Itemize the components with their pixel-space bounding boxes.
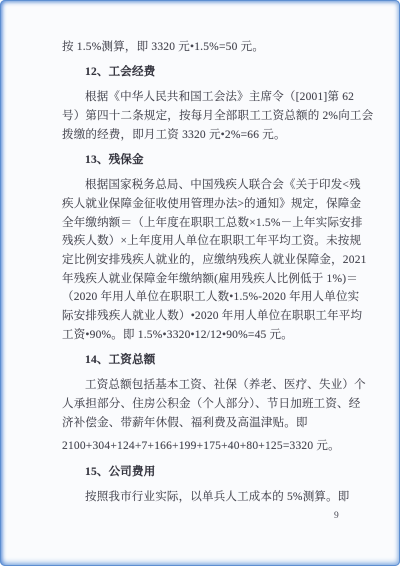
text-line: 人承担部分、住房公积金（个人部分）、节日加班工资、经 [62, 395, 360, 414]
section-heading: 14、工资总额 [62, 351, 360, 370]
text-line: 残疾人数）×上年度用人单位在职职工年平均工资。未按规 [62, 232, 360, 251]
scanned-document-page: 按 1.5%测算，即 3320 元•1.5%=50 元。12、工会经费根据《中华… [0, 0, 400, 566]
text-line: 定比例安排残疾人就业的，应缴纳残疾人就业保障金，2021 [62, 251, 360, 270]
section-heading: 15、公司费用 [62, 463, 360, 482]
text-line: 疾人就业保障金征收使用管理办法>的通知》规定，保障金 [62, 195, 360, 214]
text-line: 工资总额包括基本工资、社保（养老、医疗、失业）个 [62, 376, 360, 395]
text-line: 全年缴纳额＝（上年度在职职工总数×1.5%－上年实际安排 [62, 214, 360, 233]
section-heading: 13、残保金 [62, 151, 360, 170]
text-line: 际安排残疾人就业人数）•2020 年用人单位在职职工年平均 [62, 307, 360, 326]
text-line: 2100+304+124+7+166+199+175+40+80+125=332… [62, 437, 360, 456]
text-line: 根据《中华人民共和国工会法》主席令（[2001]第 62 [62, 88, 360, 107]
text-line: 号）第四十二条规定，按每月全部职工工资总额的 2%向工会 [62, 107, 360, 126]
text-line: 济补偿金、带薪年休假、福利费及高温津贴。即 [62, 414, 360, 433]
text-line: 按 1.5%测算，即 3320 元•1.5%=50 元。 [62, 38, 360, 57]
text-line: （2020 年用人单位在职职工人数•1.5%-2020 年用人单位实 [62, 288, 360, 307]
text-line: 根据国家税务总局、中国残疾人联合会《关于印发<残 [62, 176, 360, 195]
page-number: 9 [334, 511, 339, 521]
text-line: 按照我市行业实际，以单兵人工成本的 5%测算。即 [62, 488, 360, 507]
document-body: 按 1.5%测算，即 3320 元•1.5%=50 元。12、工会经费根据《中华… [62, 38, 360, 506]
text-line: 年残疾人就业保障金年缴纳额(雇用残疾人比例低于 1%)＝ [62, 270, 360, 289]
section-heading: 12、工会经费 [62, 63, 360, 82]
text-line: 拨缴的经费，即月工资 3320 元•2%=66 元。 [62, 126, 360, 145]
text-line: 工资•90%。即 1.5%•3320•12/12•90%=45 元。 [62, 326, 360, 345]
